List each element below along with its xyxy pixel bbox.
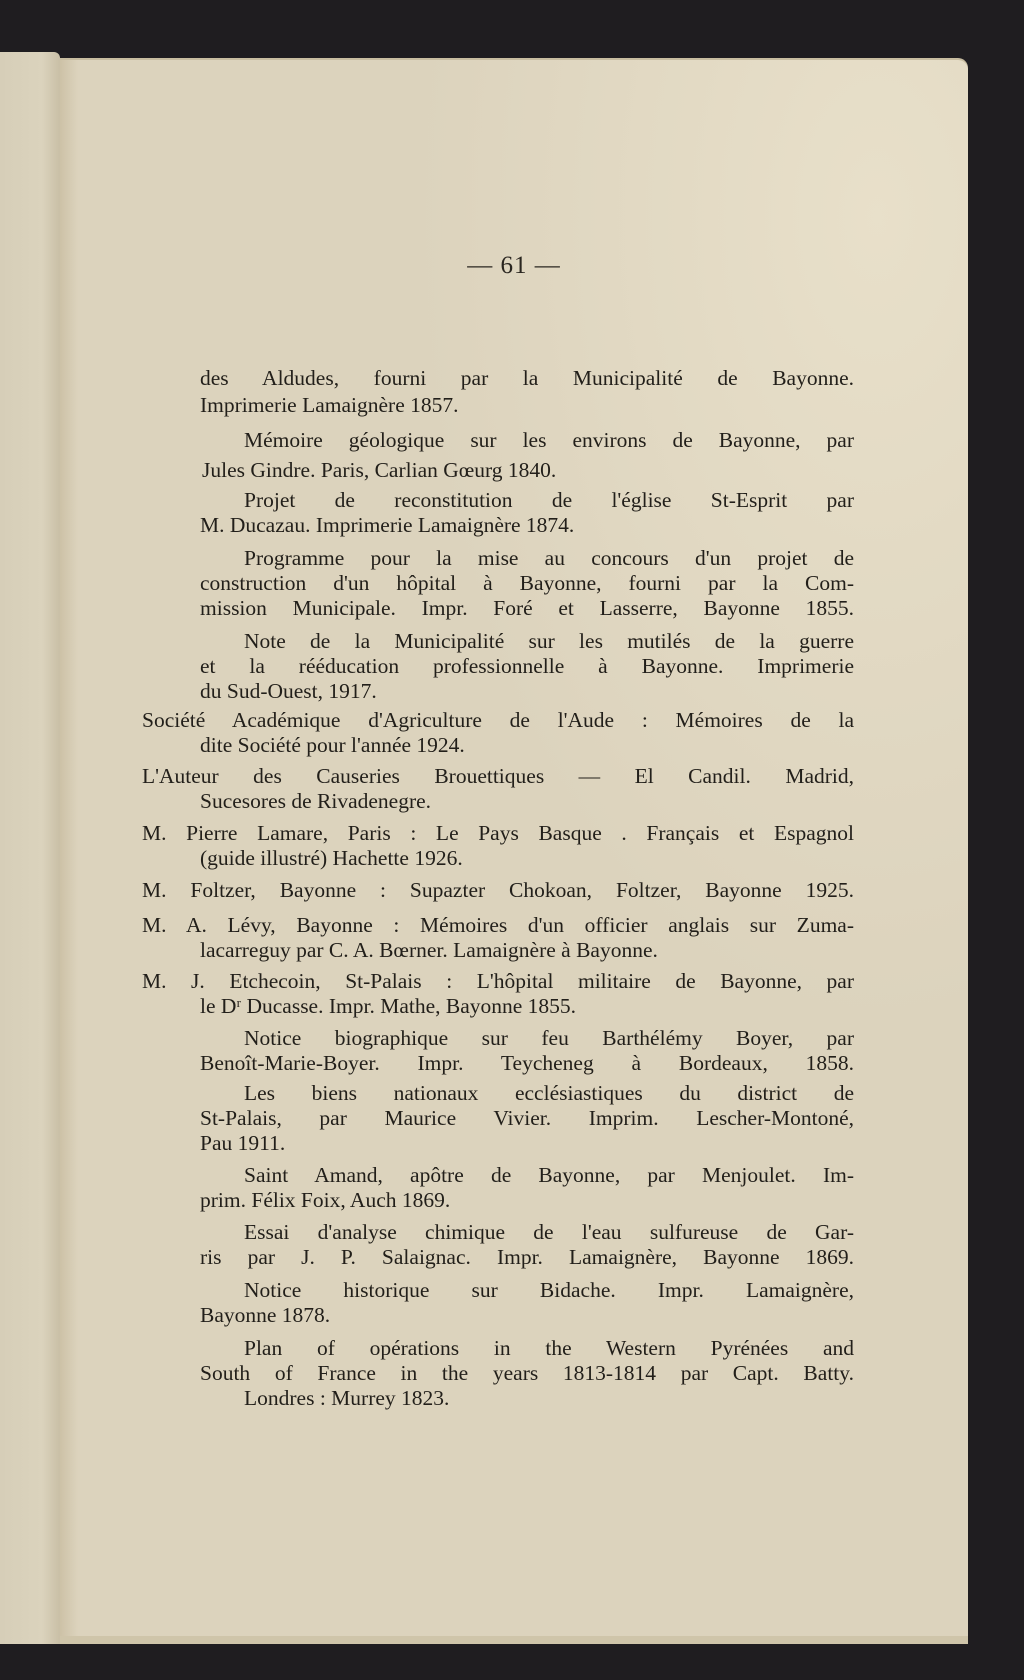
text-line: le Dʳ Ducasse. Impr. Mathe, Bayonne 1855… bbox=[200, 994, 576, 1019]
text-line: Londres : Murrey 1823. bbox=[244, 1386, 449, 1411]
text-line: construction d'un hôpital à Bayonne, fou… bbox=[200, 571, 854, 597]
text-line: lacarreguy par C. A. Bœrner. Lamaignère … bbox=[200, 938, 658, 963]
text-line: M. A. Lévy, Bayonne : Mémoires d'un offi… bbox=[142, 913, 854, 939]
text-line: Société Académique d'Agriculture de l'Au… bbox=[142, 708, 854, 734]
text-line: South of France in the years 1813-1814 p… bbox=[200, 1361, 854, 1387]
text-line: Mémoire géologique sur les environs de B… bbox=[244, 428, 854, 454]
text-line: Notice biographique sur feu Barthélémy B… bbox=[244, 1026, 854, 1052]
text-line: Programme pour la mise au concours d'un … bbox=[244, 546, 854, 572]
text-line: ris par J. P. Salaignac. Impr. Lamaignèr… bbox=[200, 1245, 854, 1271]
text-line: M. Pierre Lamare, Paris : Le Pays Basque… bbox=[142, 821, 854, 847]
text-line: du Sud-Ouest, 1917. bbox=[200, 679, 377, 704]
text-line: M. Ducazau. Imprimerie Lamaignère 1874. bbox=[200, 513, 574, 538]
text-line: Saint Amand, apôtre de Bayonne, par Menj… bbox=[244, 1163, 854, 1189]
text-line: Jules Gindre. Paris, Carlian Gœurg 1840. bbox=[202, 458, 556, 483]
text-line: Projet de reconstitution de l'église St-… bbox=[244, 488, 854, 514]
book-page: — 61 — des Aldudes, fourni par la Munici… bbox=[60, 58, 968, 1644]
text-line: Benoît-Marie-Boyer. Impr. Teycheneg à Bo… bbox=[200, 1051, 854, 1077]
text-line: mission Municipale. Impr. Foré et Lasser… bbox=[200, 596, 854, 622]
text-line: Pau 1911. bbox=[200, 1131, 285, 1156]
text-line: Bayonne 1878. bbox=[200, 1303, 330, 1328]
text-line: dite Société pour l'année 1924. bbox=[200, 733, 465, 758]
adjacent-page-edge bbox=[0, 52, 60, 1644]
text-line: St-Palais, par Maurice Vivier. Imprim. L… bbox=[200, 1106, 854, 1132]
text-line: Sucesores de Rivadenegre. bbox=[200, 789, 431, 814]
text-line: et la rééducation professionnelle à Bayo… bbox=[200, 654, 854, 680]
text-line: M. Foltzer, Bayonne : Supazter Chokoan, … bbox=[142, 878, 854, 904]
text-line: Les biens nationaux ecclésiastiques du d… bbox=[244, 1081, 854, 1107]
text-line: des Aldudes, fourni par la Municipalité … bbox=[200, 366, 854, 392]
page-number: — 61 — bbox=[60, 252, 968, 280]
text-line: Essai d'analyse chimique de l'eau sulfur… bbox=[244, 1220, 854, 1246]
text-line: Plan of opérations in the Western Pyréné… bbox=[244, 1336, 854, 1362]
text-line: Notice historique sur Bidache. Impr. Lam… bbox=[244, 1278, 854, 1304]
text-line: Note de la Municipalité sur les mutilés … bbox=[244, 629, 854, 655]
text-line: M. J. Etchecoin, St-Palais : L'hôpital m… bbox=[142, 969, 854, 995]
text-line: L'Auteur des Causeries Brouettiques — El… bbox=[142, 764, 854, 790]
text-line: (guide illustré) Hachette 1926. bbox=[200, 846, 463, 871]
text-line: Imprimerie Lamaignère 1857. bbox=[200, 393, 459, 418]
text-line: prim. Félix Foix, Auch 1869. bbox=[200, 1188, 450, 1213]
